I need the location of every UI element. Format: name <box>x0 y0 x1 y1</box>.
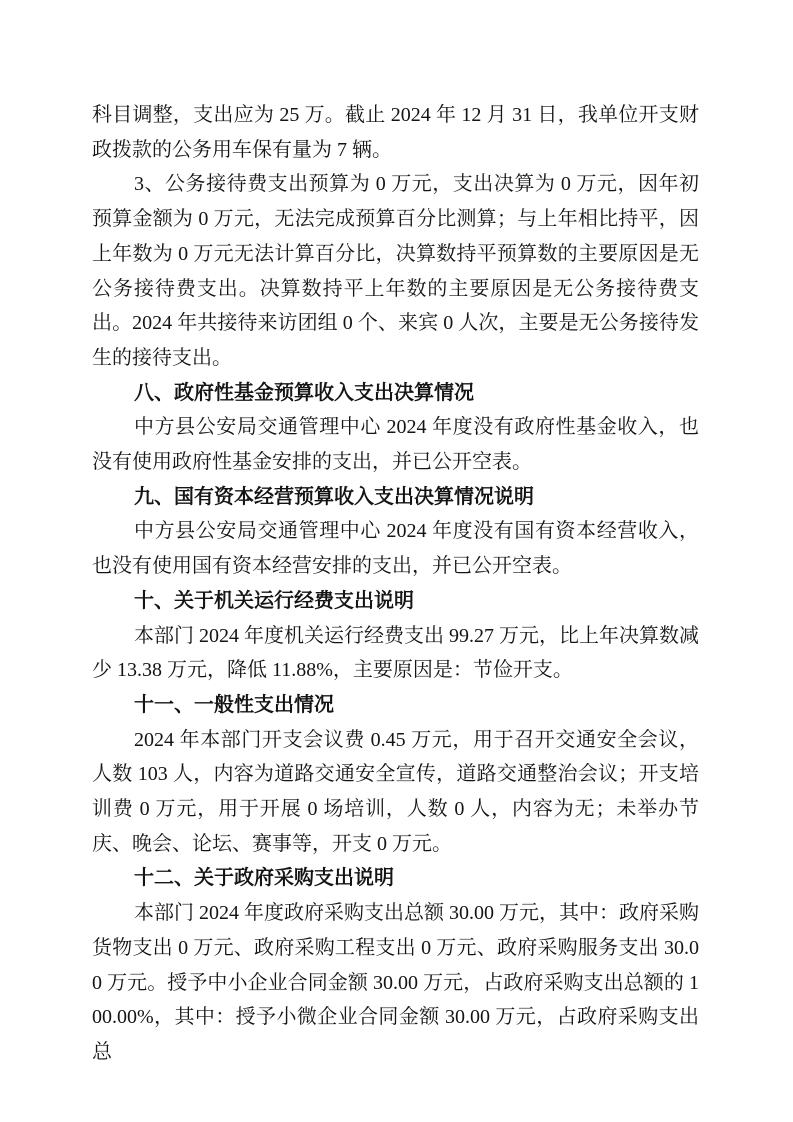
section-heading: 九、国有资本经营预算收入支出决算情况说明 <box>92 480 699 515</box>
body-paragraph: 科目调整，支出应为 25 万。截止 2024 年 12 月 31 日，我单位开支… <box>92 98 699 167</box>
section-heading: 十、关于机关运行经费支出说明 <box>92 584 699 619</box>
text-content: 科目调整，支出应为 25 万。截止 2024 年 12 月 31 日，我单位开支… <box>92 98 699 1070</box>
body-paragraph: 3、公务接待费支出预算为 0 万元，支出决算为 0 万元，因年初预算金额为 0 … <box>92 167 699 375</box>
document-page: 科目调整，支出应为 25 万。截止 2024 年 12 月 31 日，我单位开支… <box>0 0 793 1122</box>
section-heading: 十二、关于政府采购支出说明 <box>92 861 699 896</box>
section-heading: 十一、一般性支出情况 <box>92 688 699 723</box>
section-heading: 八、政府性基金预算收入支出决算情况 <box>92 376 699 411</box>
body-paragraph: 本部门 2024 年度机关运行经费支出 99.27 万元，比上年决算数减少 13… <box>92 619 699 688</box>
body-paragraph: 2024 年本部门开支会议费 0.45 万元，用于召开交通安全会议，人数 103… <box>92 723 699 862</box>
body-paragraph: 本部门 2024 年度政府采购支出总额 30.00 万元，其中：政府采购货物支出… <box>92 896 699 1070</box>
body-paragraph: 中方县公安局交通管理中心 2024 年度没有国有资本经营收入，也没有使用国有资本… <box>92 514 699 583</box>
body-paragraph: 中方县公安局交通管理中心 2024 年度没有政府性基金收入，也没有使用政府性基金… <box>92 410 699 479</box>
